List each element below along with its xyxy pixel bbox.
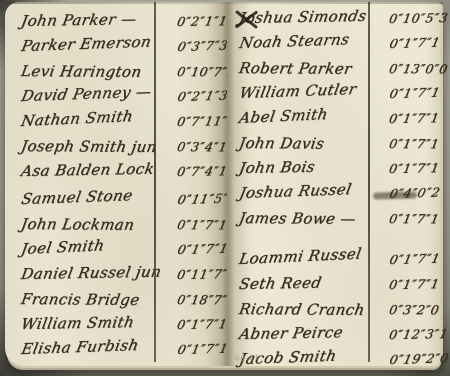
entry-name: Abel Smith xyxy=(237,102,330,131)
ledger-row: Daniel Russel jun0″11″7″1 xyxy=(19,262,227,287)
ledger-row: William Cutler0″1″7″1 xyxy=(237,81,443,106)
entry-name: John Bois xyxy=(237,155,317,181)
right-page: Joshua Simonds0″10″5″3Noah Stearns0″1″7″… xyxy=(227,2,443,366)
ledger-row: John Lockman0″1″7″1 xyxy=(19,212,227,237)
entry-amount: 0″1″7″1 xyxy=(175,235,231,262)
entry-name: Nathan Smith xyxy=(19,104,135,134)
left-page: John Parker —0″2″1″1Parker Emerson0″3″7″… xyxy=(5,2,227,366)
entry-amount: 0″2″1″3 xyxy=(175,82,231,109)
entry-name: Asa Balden Lock xyxy=(19,157,156,184)
ledger-row: Elisha Furbish0″1″7″1 xyxy=(19,337,227,362)
left-page-rows: John Parker —0″2″1″1Parker Emerson0″3″7″… xyxy=(19,9,227,362)
ledger-book: John Parker —0″2″1″1Parker Emerson0″3″7″… xyxy=(5,2,443,366)
ledger-row: Seth Reed0″1″7″1 xyxy=(237,272,443,297)
ledger-row: Joel Smith0″1″7″1 xyxy=(19,237,227,262)
ledger-row: Asa Balden Lock0″7″4″1 xyxy=(19,159,227,184)
entry-amount: 0″1″7″1 xyxy=(387,245,443,272)
entry-amount: 0″1″7″1 xyxy=(175,212,230,237)
entry-name: Samuel Stone xyxy=(19,183,135,212)
ledger-row: John Davis0″1″7″1 xyxy=(237,131,443,156)
entry-name: James Bowe — xyxy=(237,206,358,232)
entry-amount: 0″3″2″0 xyxy=(387,297,442,322)
entry-name: Joshua Russel xyxy=(237,177,354,206)
ledger-row: Loammi Russel0″1″7″1 xyxy=(237,247,443,272)
ledger-row: Abel Smith0″1″7″1 xyxy=(237,106,443,131)
entry-name: William Cutler xyxy=(237,77,359,106)
entry-name: Abner Peirce xyxy=(237,320,345,347)
ledger-row: Parker Emerson0″3″7″3 xyxy=(19,34,227,59)
entry-name: Daniel Russel jun xyxy=(19,260,163,287)
entry-amount: 0″3″7″3 xyxy=(175,32,231,59)
ledger-row: Francis Bridge0″18″7″1 xyxy=(19,287,227,312)
ledger-row: Richard Cranch0″3″2″0 xyxy=(237,297,443,322)
entry-amount: 0″1″7″1 xyxy=(387,29,443,56)
ledger-row: Noah Stearns0″1″7″1 xyxy=(237,31,443,56)
ink-smudge xyxy=(373,191,417,199)
entry-amount: 0″1″7″1 xyxy=(387,131,442,156)
entry-amount: 0″2″1″1 xyxy=(175,8,230,34)
entry-name: Parker Emerson xyxy=(19,30,154,59)
ledger-row: Nathan Smith0″7″11″2 xyxy=(19,109,227,134)
left-column-rule xyxy=(154,2,156,362)
entry-amount: 0″1″7″1 xyxy=(387,79,443,106)
ledger-row: Samuel Stone0″11″5″0 xyxy=(19,187,227,212)
entry-amount: 0″1″7″1 xyxy=(387,271,442,297)
entry-amount: 0″19″2″0 xyxy=(387,345,450,372)
entry-amount: 0″1″7″1 xyxy=(175,335,231,362)
entry-amount: 0″12″3″1 xyxy=(387,321,450,347)
entry-name: Elisha Furbish xyxy=(19,333,141,362)
right-column-rule xyxy=(368,2,370,362)
entry-name: Francis Bridge xyxy=(19,287,142,313)
ledger-row: Abner Peirce0″12″3″1 xyxy=(237,322,443,347)
ledger-row: Joseph Smith jun0″3″4″1 xyxy=(19,134,227,159)
entry-amount: 0″1″7″1 xyxy=(175,311,230,337)
entry-amount: 0″10″5″3 xyxy=(387,5,450,31)
entry-name: Joel Smith xyxy=(19,233,106,262)
entry-name: Richard Cranch xyxy=(237,297,367,323)
entry-amount: 0″1″7″1 xyxy=(387,105,442,131)
pencil-note: 60.11 xyxy=(235,353,260,362)
entry-amount: 0″7″4″1 xyxy=(175,158,230,184)
right-page-rows: Joshua Simonds0″10″5″3Noah Stearns0″1″7″… xyxy=(237,6,443,372)
scan-backdrop: John Parker —0″2″1″1Parker Emerson0″3″7″… xyxy=(0,0,450,376)
entry-name: John Davis xyxy=(237,131,326,157)
entry-amount: 0″1″7″1 xyxy=(387,155,442,181)
entry-name: Noah Stearns xyxy=(237,27,352,56)
entry-amount: 0″3″4″1 xyxy=(175,134,230,159)
ledger-row: James Bowe —0″1″7″1 xyxy=(237,206,443,231)
ledger-row: Jacob Smith0″19″2″0 xyxy=(237,347,443,372)
entry-name: Seth Reed xyxy=(237,271,324,297)
cross-out-mark xyxy=(233,8,259,30)
entry-amount: 0″13″0″0 xyxy=(387,56,450,81)
entry-amount: 0″1″7″1 xyxy=(387,206,442,231)
entry-name: Loammi Russel xyxy=(237,242,363,272)
